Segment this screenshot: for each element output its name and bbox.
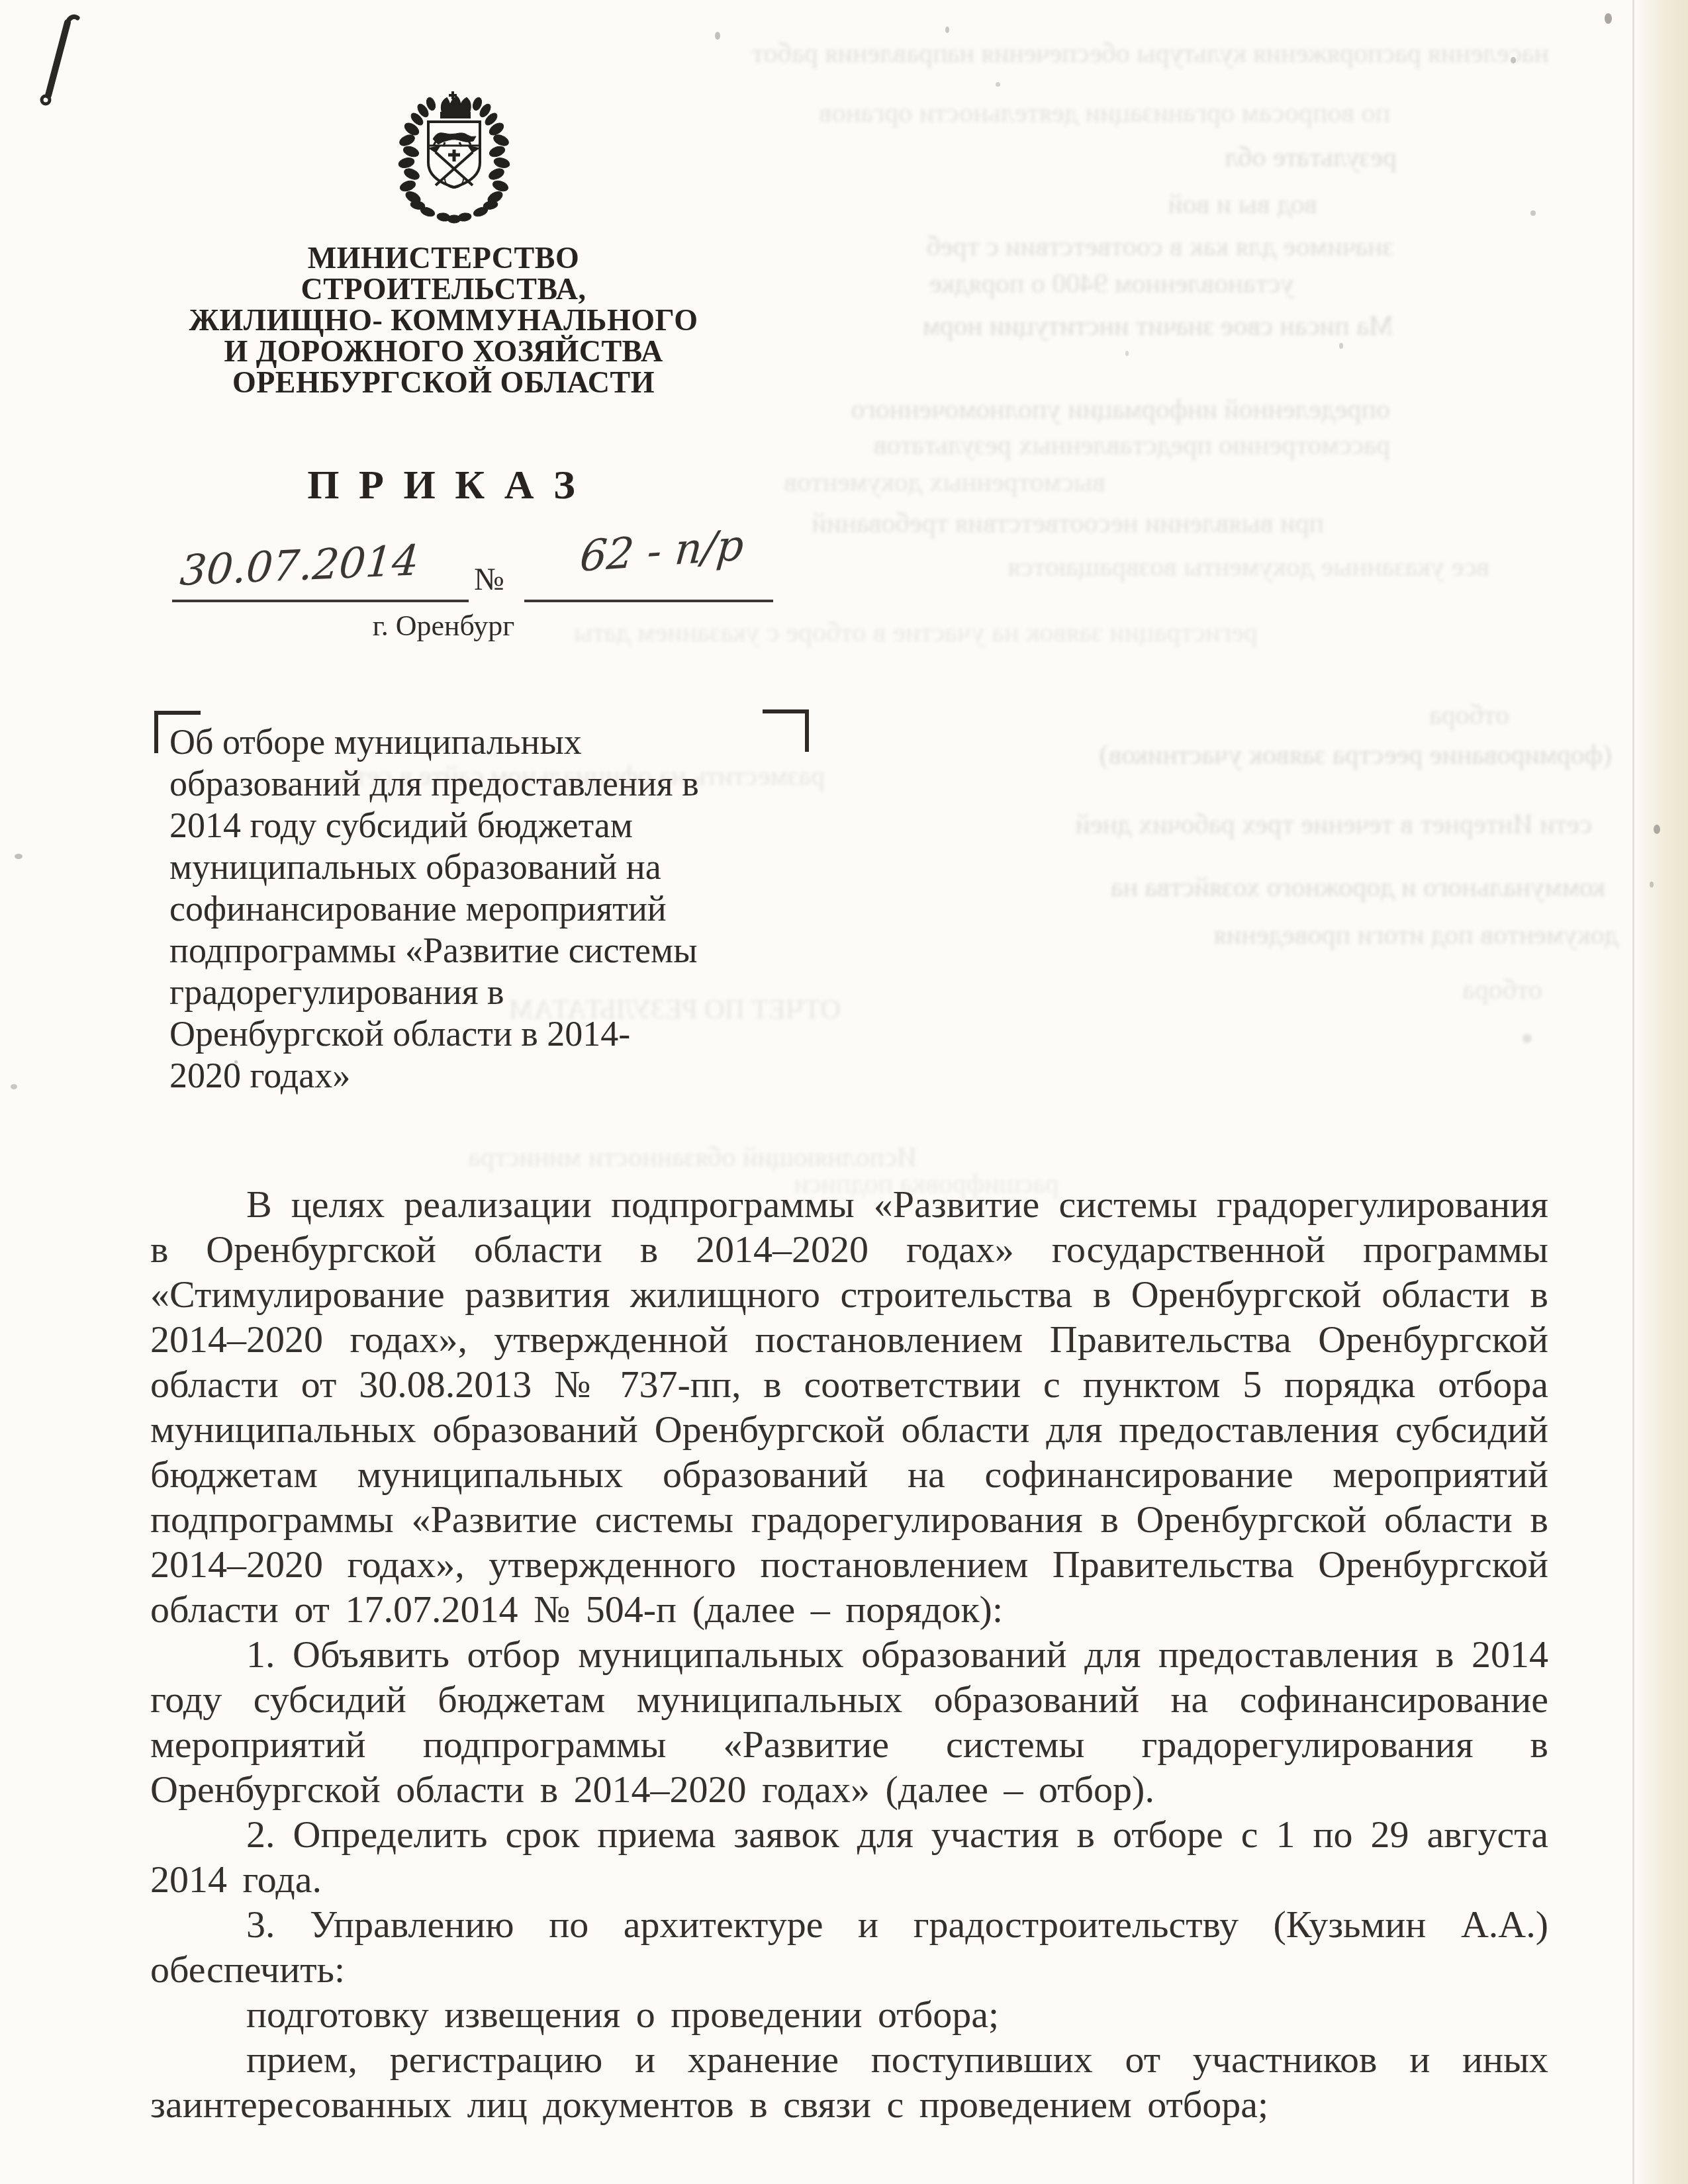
scan-speck [1339,343,1343,349]
subject-line: 2014 году субсидий бюджетам [169,805,778,846]
subject-line: 2020 годах» [169,1055,778,1097]
ministry-line: ЖИЛИЩНО- КОММУНАЛЬНОГО [151,304,736,336]
scanned-document-page: населения распоряжения культуры обеспече… [0,0,1688,2184]
document-type-title: П Р И К А З [151,462,736,509]
bleed-through-text: по вопросам организации деятельности орг… [569,98,1390,128]
scan-speck [15,854,23,859]
subject-block: Об отборе муниципальныхобразований для п… [169,721,778,1097]
bleed-through-text: определенной информации уполномоченного [563,394,1390,425]
bleed-through-text: (формирование реестра заявок участников) [837,740,1612,770]
body-text: В целях реализации подпрограммы «Развити… [150,1182,1548,2127]
scan-speck [1523,1034,1532,1043]
city-line: г. Оренбург [151,609,736,643]
bleed-through-text: результате обл [1086,142,1397,173]
bleed-through-text: рассмотрению представленных результатов [563,430,1390,461]
subject-line: градорегулирования в [169,972,778,1013]
scan-speck [234,1060,238,1064]
bleed-through-text: Исполняющий обязанности министра [228,1142,917,1173]
ministry-line: И ДОРОЖНОГО ХОЗЯЙСТВА [151,336,736,367]
scan-speck [1654,825,1660,834]
scan-speck [945,26,949,33]
subject-line: муниципальных образований на [169,846,778,888]
para: В целях реализации подпрограммы «Развити… [150,1182,1548,1632]
subject-line: софинансирование мероприятий [169,888,778,930]
scan-speck [996,82,1000,87]
para: прием, регистрацию и хранение поступивши… [150,2037,1548,2127]
handwritten-date: 30.07.2014 [178,536,420,595]
scan-edge-shading [1634,0,1688,2184]
scan-edge-line [1632,0,1634,2184]
scan-speck [1530,210,1536,216]
number-underline [524,600,773,602]
subject-line: образований для предоставления в [169,763,778,805]
subject-line: подпрограммы «Развитие системы [169,930,778,972]
ministry-line: МИНИСТЕРСТВО [151,242,736,273]
para: 1. Объявить отбор муниципальных образова… [150,1632,1548,1812]
bleed-through-text: отбора [1423,975,1542,1005]
scan-speck [715,32,720,40]
ministry-line: ОРЕНБУРГСКОЙ ОБЛАСТИ [151,367,736,398]
ministry-name-block: МИНИСТЕРСТВОСТРОИТЕЛЬСТВА,ЖИЛИЩНО- КОММУ… [151,242,736,398]
scan-speck [11,1084,17,1089]
para: 3. Управлению по архитектуре и градостро… [150,1902,1548,1992]
scan-speck [1605,13,1612,24]
orenburg-oblast-coat-of-arms-icon [393,87,515,225]
bleed-through-text: отбора [1337,700,1509,731]
date-underline [172,600,469,602]
para: 2. Определить срок приема заявок для уча… [150,1812,1548,1902]
subject-line: Об отборе муниципальных [169,721,778,763]
bleed-through-text: населения распоряжения культуры обеспече… [569,38,1549,69]
pen-stroke-mark [34,12,82,111]
bleed-through-text: сети Интернет в течение трех рабочих дне… [837,809,1592,840]
numero-sign: № [474,561,504,598]
scan-speck [1125,351,1129,356]
bleed-through-text: вод вы и вой [1033,189,1317,220]
bleed-through-text: коммунального и дорожного хозяйства на [831,872,1605,903]
handwritten-order-number: 62 - п/р [578,521,745,582]
ministry-line: СТРОИТЕЛЬСТВА, [151,273,736,304]
para: подготовку извещения о проведении отбора… [150,1992,1548,2037]
bleed-through-text: документов под итоги проведения [831,920,1618,950]
scan-speck [1650,882,1654,887]
scan-speck [1511,57,1516,64]
subject-line: Оренбургской области в 2014- [169,1013,778,1055]
